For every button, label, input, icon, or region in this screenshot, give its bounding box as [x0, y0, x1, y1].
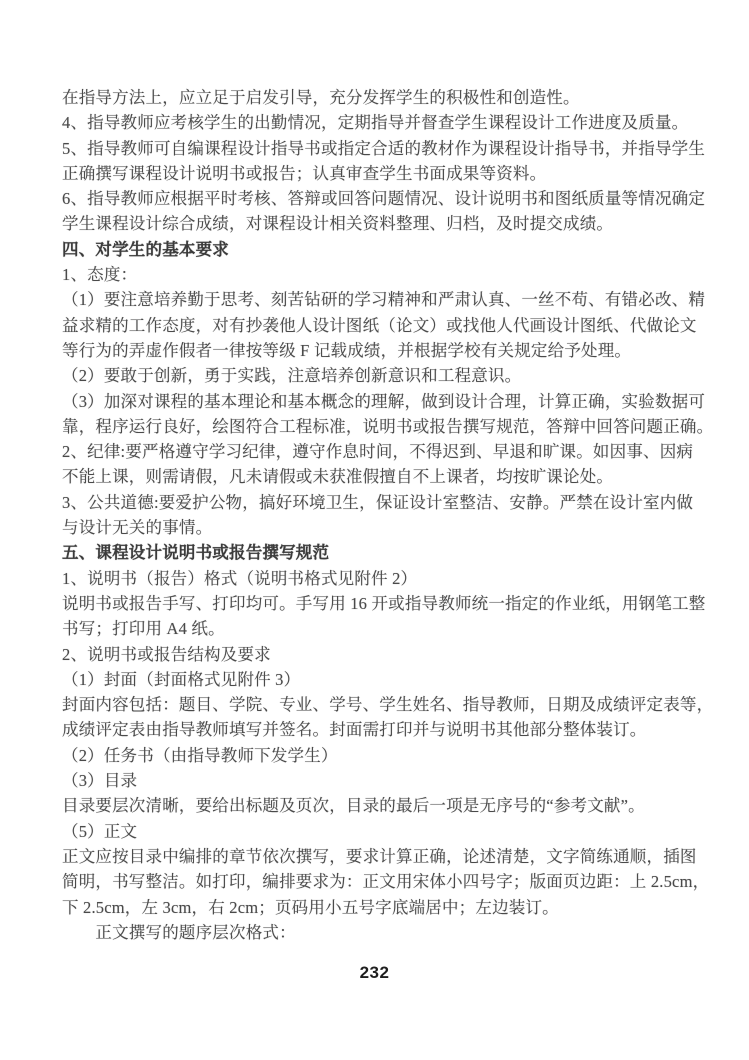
text-line: 5、指导教师可自编课程设计指导书或指定合适的教材作为课程设计指导书，并指导学生: [62, 136, 707, 161]
text-line: 正文应按目录中编排的章节依次撰写，要求计算正确，论述清楚，文字简练通顺，插图: [62, 844, 707, 869]
text-line: （2）要敢于创新，勇于实践，注意培养创新意识和工程意识。: [62, 363, 707, 388]
text-line: 益求精的工作态度，对有抄袭他人设计图纸（论文）或找他人代画设计图纸、代做论文: [62, 313, 707, 338]
text-line: 学生课程设计综合成绩，对课程设计相关资料整理、归档，及时提交成绩。: [62, 211, 707, 236]
document-text-block: 在指导方法上，应立足于启发引导，充分发挥学生的积极性和创造性。4、指导教师应考核…: [62, 85, 707, 945]
text-line: 正文撰写的题序层次格式：: [62, 920, 707, 945]
text-line: （1）要注意培养勤于思考、刻苦钻研的学习精神和严肃认真、一丝不苟、有错必改、精: [62, 287, 707, 312]
page-footer: 232: [0, 963, 749, 983]
text-line: 6、指导教师应根据平时考核、答辩或回答问题情况、设计说明书和图纸质量等情况确定: [62, 186, 707, 211]
text-line: 靠，程序运行良好，绘图符合工程标准，说明书或报告撰写规范，答辩中回答问题正确。: [62, 414, 707, 439]
text-line: 3、公共道德:要爱护公物，搞好环境卫生，保证设计室整洁、安静。严禁在设计室内做: [62, 490, 707, 515]
text-line: 正确撰写课程设计说明书或报告；认真审查学生书面成果等资料。: [62, 161, 707, 186]
text-line: 4、指导教师应考核学生的出勤情况，定期指导并督查学生课程设计工作进度及质量。: [62, 110, 707, 135]
text-line: （3）目录: [62, 768, 707, 793]
text-line: （2）任务书（由指导教师下发学生）: [62, 743, 707, 768]
text-line: （3）加深对课程的基本理论和基本概念的理解，做到设计合理，计算正确，实验数据可: [62, 389, 707, 414]
text-line: 在指导方法上，应立足于启发引导，充分发挥学生的积极性和创造性。: [62, 85, 707, 110]
section-heading: 五、课程设计说明书或报告撰写规范: [62, 540, 707, 565]
text-line: 简明，书写整洁。如打印，编排要求为：正文用宋体小四号字；版面页边距：上 2.5c…: [62, 869, 707, 894]
text-line: 成绩评定表由指导教师填写并签名。封面需打印并与说明书其他部分整体装订。: [62, 717, 707, 742]
text-line: 不能上课，则需请假，凡未请假或未获准假擅自不上课者，均按旷课论处。: [62, 464, 707, 489]
text-line: 2、说明书或报告结构及要求: [62, 642, 707, 667]
text-line: 1、说明书（报告）格式（说明书格式见附件 2）: [62, 566, 707, 591]
page-number: 232: [360, 963, 390, 982]
text-line: （5）正文: [62, 819, 707, 844]
text-line: 下 2.5cm，左 3cm，右 2cm；页码用小五号字底端居中；左边装订。: [62, 895, 707, 920]
text-line: 书写；打印用 A4 纸。: [62, 616, 707, 641]
text-line: （1）封面（封面格式见附件 3）: [62, 667, 707, 692]
text-line: 封面内容包括：题目、学院、专业、学号、学生姓名、指导教师，日期及成绩评定表等，: [62, 692, 707, 717]
text-line: 目录要层次清晰，要给出标题及页次，目录的最后一项是无序号的“参考文献”。: [62, 793, 707, 818]
text-line: 与设计无关的事情。: [62, 515, 707, 540]
text-line: 2、纪律:要严格遵守学习纪律，遵守作息时间，不得迟到、早退和旷课。如因事、因病: [62, 439, 707, 464]
text-line: 等行为的弄虚作假者一律按等级 F 记载成绩，并根据学校有关规定给予处理。: [62, 338, 707, 363]
document-page: 在指导方法上，应立足于启发引导，充分发挥学生的积极性和创造性。4、指导教师应考核…: [0, 0, 749, 1060]
section-heading: 四、对学生的基本要求: [62, 237, 707, 262]
text-line: 说明书或报告手写、打印均可。手写用 16 开或指导教师统一指定的作业纸，用钢笔工…: [62, 591, 707, 616]
text-line: 1、态度：: [62, 262, 707, 287]
